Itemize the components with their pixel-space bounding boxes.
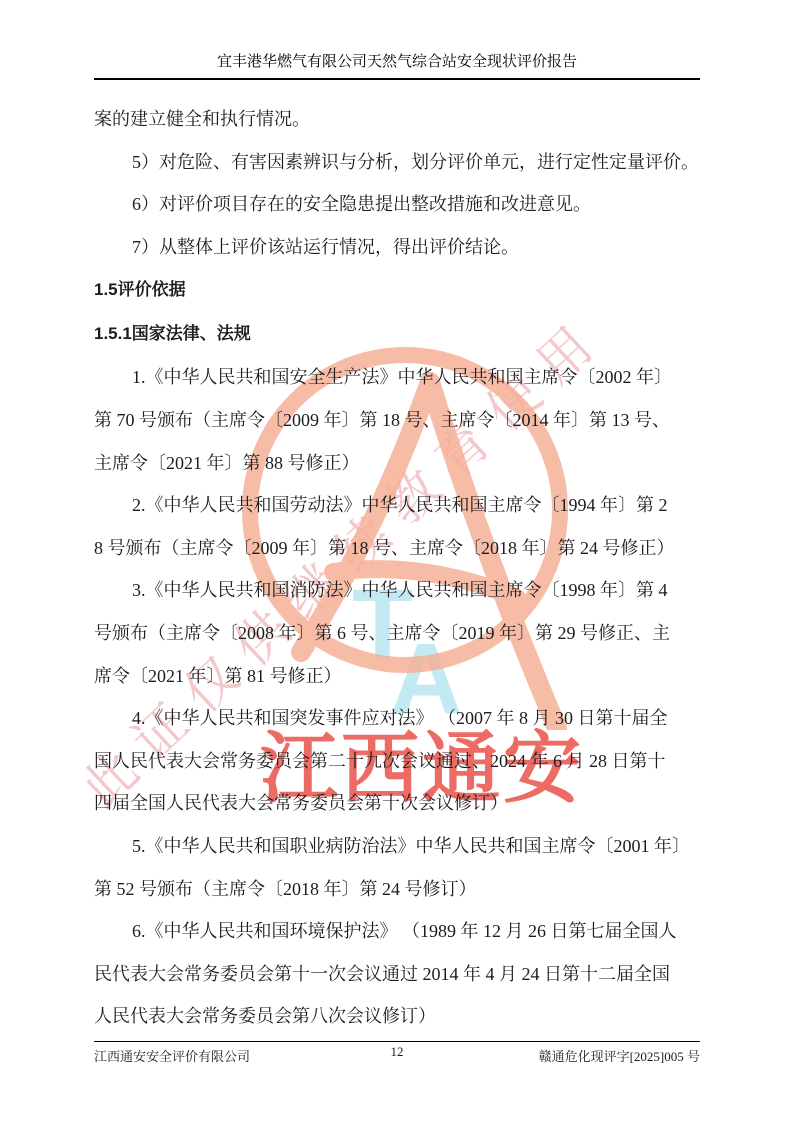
document-content: 宜丰港华燃气有限公司天然气综合站安全现状评价报告 案的建立健全和执行情况。5）对…: [0, 0, 793, 1038]
body-line: 4.《中华人民共和国突发事件应对法》 （2007 年 8 月 30 日第十届全: [94, 697, 700, 740]
body-line: 1.《中华人民共和国安全生产法》中华人民共和国主席令〔2002 年〕: [94, 356, 700, 399]
body-line: 民代表大会常务委员会第十一次会议通过 2014 年 4 月 24 日第十二届全国: [94, 953, 700, 996]
body-line: 5.《中华人民共和国职业病防治法》中华人民共和国主席令〔2001 年〕: [94, 825, 700, 868]
body-line: 6）对评价项目存在的安全隐患提出整改措施和改进意见。: [94, 183, 700, 226]
body-line: 号颁布（主席令〔2008 年〕第 6 号、主席令〔2019 年〕第 29 号修正…: [94, 612, 700, 655]
body-line: 第 52 号颁布（主席令〔2018 年〕第 24 号修订）: [94, 868, 700, 911]
body-line: 3.《中华人民共和国消防法》中华人民共和国主席令〔1998 年〕第 4: [94, 569, 700, 612]
page-footer: 江西通安安全评价有限公司 12 赣通危化现评字[2025]005 号: [94, 1041, 700, 1065]
body-line: 主席令〔2021 年〕第 88 号修正）: [94, 442, 700, 485]
section-heading: 1.5评价依据: [94, 268, 700, 312]
body-line: 5）对危险、有害因素辨识与分析，划分评价单元，进行定性定量评价。: [94, 141, 700, 184]
report-page: 此证仅供继续教育使用 T A 江西通安 宜丰港华燃气有限公司天然气综合站安全现状…: [0, 0, 793, 1122]
body-line: 7）从整体上评价该站运行情况，得出评价结论。: [94, 226, 700, 269]
body-line: 国人民代表大会常务委员会第二十九次会议通过、2024 年 6 月 28 日第十: [94, 740, 700, 783]
body-line: 2.《中华人民共和国劳动法》中华人民共和国主席令〔1994 年〕第 2: [94, 484, 700, 527]
body-line: 人民代表大会常务委员会第八次会议修订）: [94, 995, 700, 1038]
section-heading: 1.5.1国家法律、法规: [94, 312, 700, 356]
page-number: 12: [94, 1044, 700, 1060]
body-line: 8 号颁布（主席令〔2009 年〕第 18 号、主席令〔2018 年〕第 24 …: [94, 527, 700, 570]
body-line: 6.《中华人民共和国环境保护法》 （1989 年 12 月 26 日第七届全国人: [94, 910, 700, 953]
body-line: 第 70 号颁布（主席令〔2009 年〕第 18 号、主席令〔2014 年〕第 …: [94, 399, 700, 442]
body-line: 四届全国人民代表大会常务委员会第十次会议修订）: [94, 782, 700, 825]
body-line: 案的建立健全和执行情况。: [94, 98, 700, 141]
body-line: 席令〔2021 年〕第 81 号修正）: [94, 655, 700, 698]
report-title: 宜丰港华燃气有限公司天然气综合站安全现状评价报告: [94, 50, 700, 80]
page-header: 宜丰港华燃气有限公司天然气综合站安全现状评价报告: [0, 0, 793, 80]
body-lines: 案的建立健全和执行情况。5）对危险、有害因素辨识与分析，划分评价单元，进行定性定…: [0, 80, 793, 1038]
